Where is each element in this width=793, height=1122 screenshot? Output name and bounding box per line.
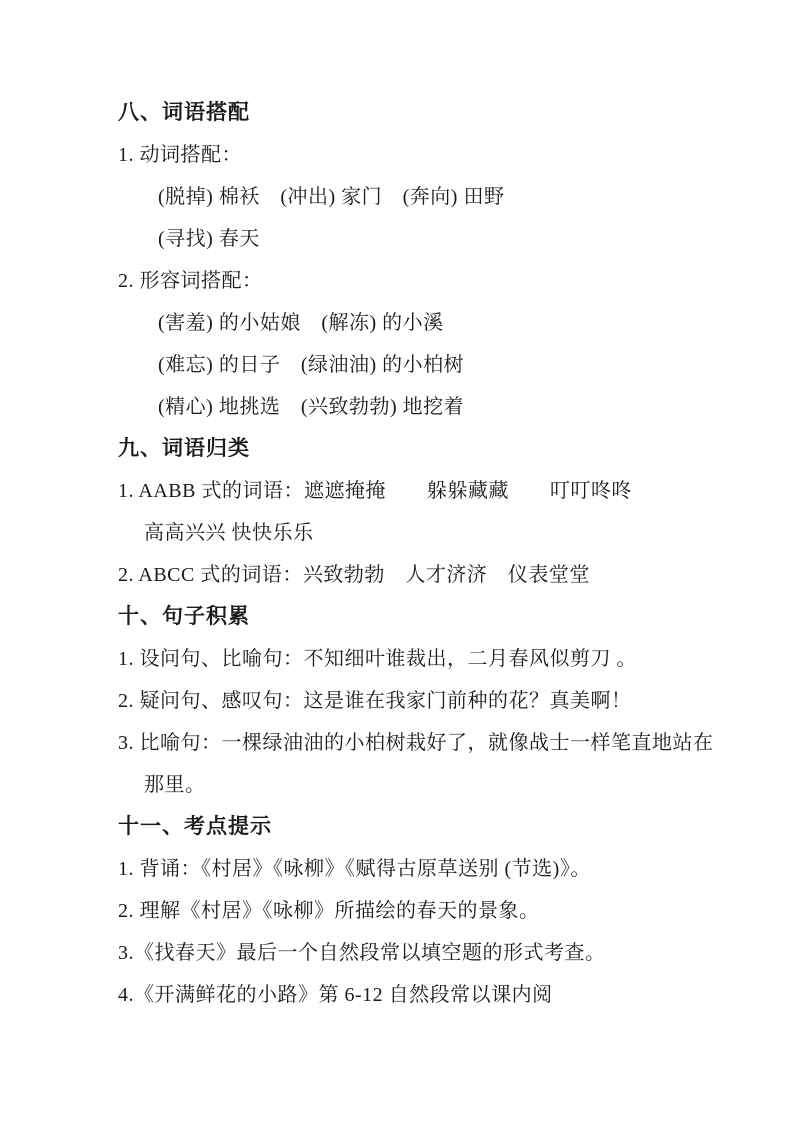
- doc-line: 1. 动词搭配：: [118, 134, 773, 176]
- section-sentence-accumulation: 十、句子积累 1. 设问句、比喻句：不知细叶谁裁出，二月春风似剪刀 。 2. 疑…: [118, 596, 773, 806]
- doc-line: (害羞) 的小姑娘 (解冻) 的小溪: [118, 302, 773, 344]
- doc-line: 2. ABCC 式的词语：兴致勃勃 人才济济 仪表堂堂: [118, 554, 773, 596]
- doc-line: 2. 疑问句、感叹句：这是谁在我家门前种的花？真美啊！: [118, 680, 773, 722]
- section-heading: 八、词语搭配: [118, 92, 773, 134]
- doc-line: 1. 设问句、比喻句：不知细叶谁裁出，二月春风似剪刀 。: [118, 638, 773, 680]
- doc-line: 3.《找春天》最后一个自然段常以填空题的形式考查。: [118, 932, 773, 974]
- doc-line: (寻找) 春天: [118, 218, 773, 260]
- section-exam-points: 十一、考点提示 1. 背诵：《村居》《咏柳》《赋得古原草送别 (节选)》。 2.…: [118, 806, 773, 1016]
- doc-line: 1. 背诵：《村居》《咏柳》《赋得古原草送别 (节选)》。: [118, 848, 773, 890]
- section-word-classification: 九、词语归类 1. AABB 式的词语：遮遮掩掩 躲躲藏藏 叮叮咚咚 高高兴兴 …: [118, 428, 773, 596]
- doc-line: 那里。: [118, 764, 773, 806]
- section-word-collocation: 八、词语搭配 1. 动词搭配： (脱掉) 棉袄 (冲出) 家门 (奔向) 田野 …: [118, 92, 773, 428]
- section-heading: 十一、考点提示: [118, 806, 773, 848]
- doc-line: 2. 理解《村居》《咏柳》所描绘的春天的景象。: [118, 890, 773, 932]
- doc-line: 2. 形容词搭配：: [118, 260, 773, 302]
- doc-line: 1. AABB 式的词语：遮遮掩掩 躲躲藏藏 叮叮咚咚: [118, 470, 773, 512]
- doc-line: 4.《开满鲜花的小路》第 6-12 自然段常以课内阅: [118, 974, 773, 1016]
- doc-line: (难忘) 的日子 (绿油油) 的小柏树: [118, 344, 773, 386]
- doc-line: (脱掉) 棉袄 (冲出) 家门 (奔向) 田野: [118, 176, 773, 218]
- document-page: 八、词语搭配 1. 动词搭配： (脱掉) 棉袄 (冲出) 家门 (奔向) 田野 …: [0, 0, 793, 1122]
- doc-line: (精心) 地挑选 (兴致勃勃) 地挖着: [118, 386, 773, 428]
- doc-line: 3. 比喻句：一棵绿油油的小柏树栽好了，就像战士一样笔直地站在: [118, 722, 773, 764]
- doc-line: 高高兴兴 快快乐乐: [118, 512, 773, 554]
- section-heading: 十、句子积累: [118, 596, 773, 638]
- section-heading: 九、词语归类: [118, 428, 773, 470]
